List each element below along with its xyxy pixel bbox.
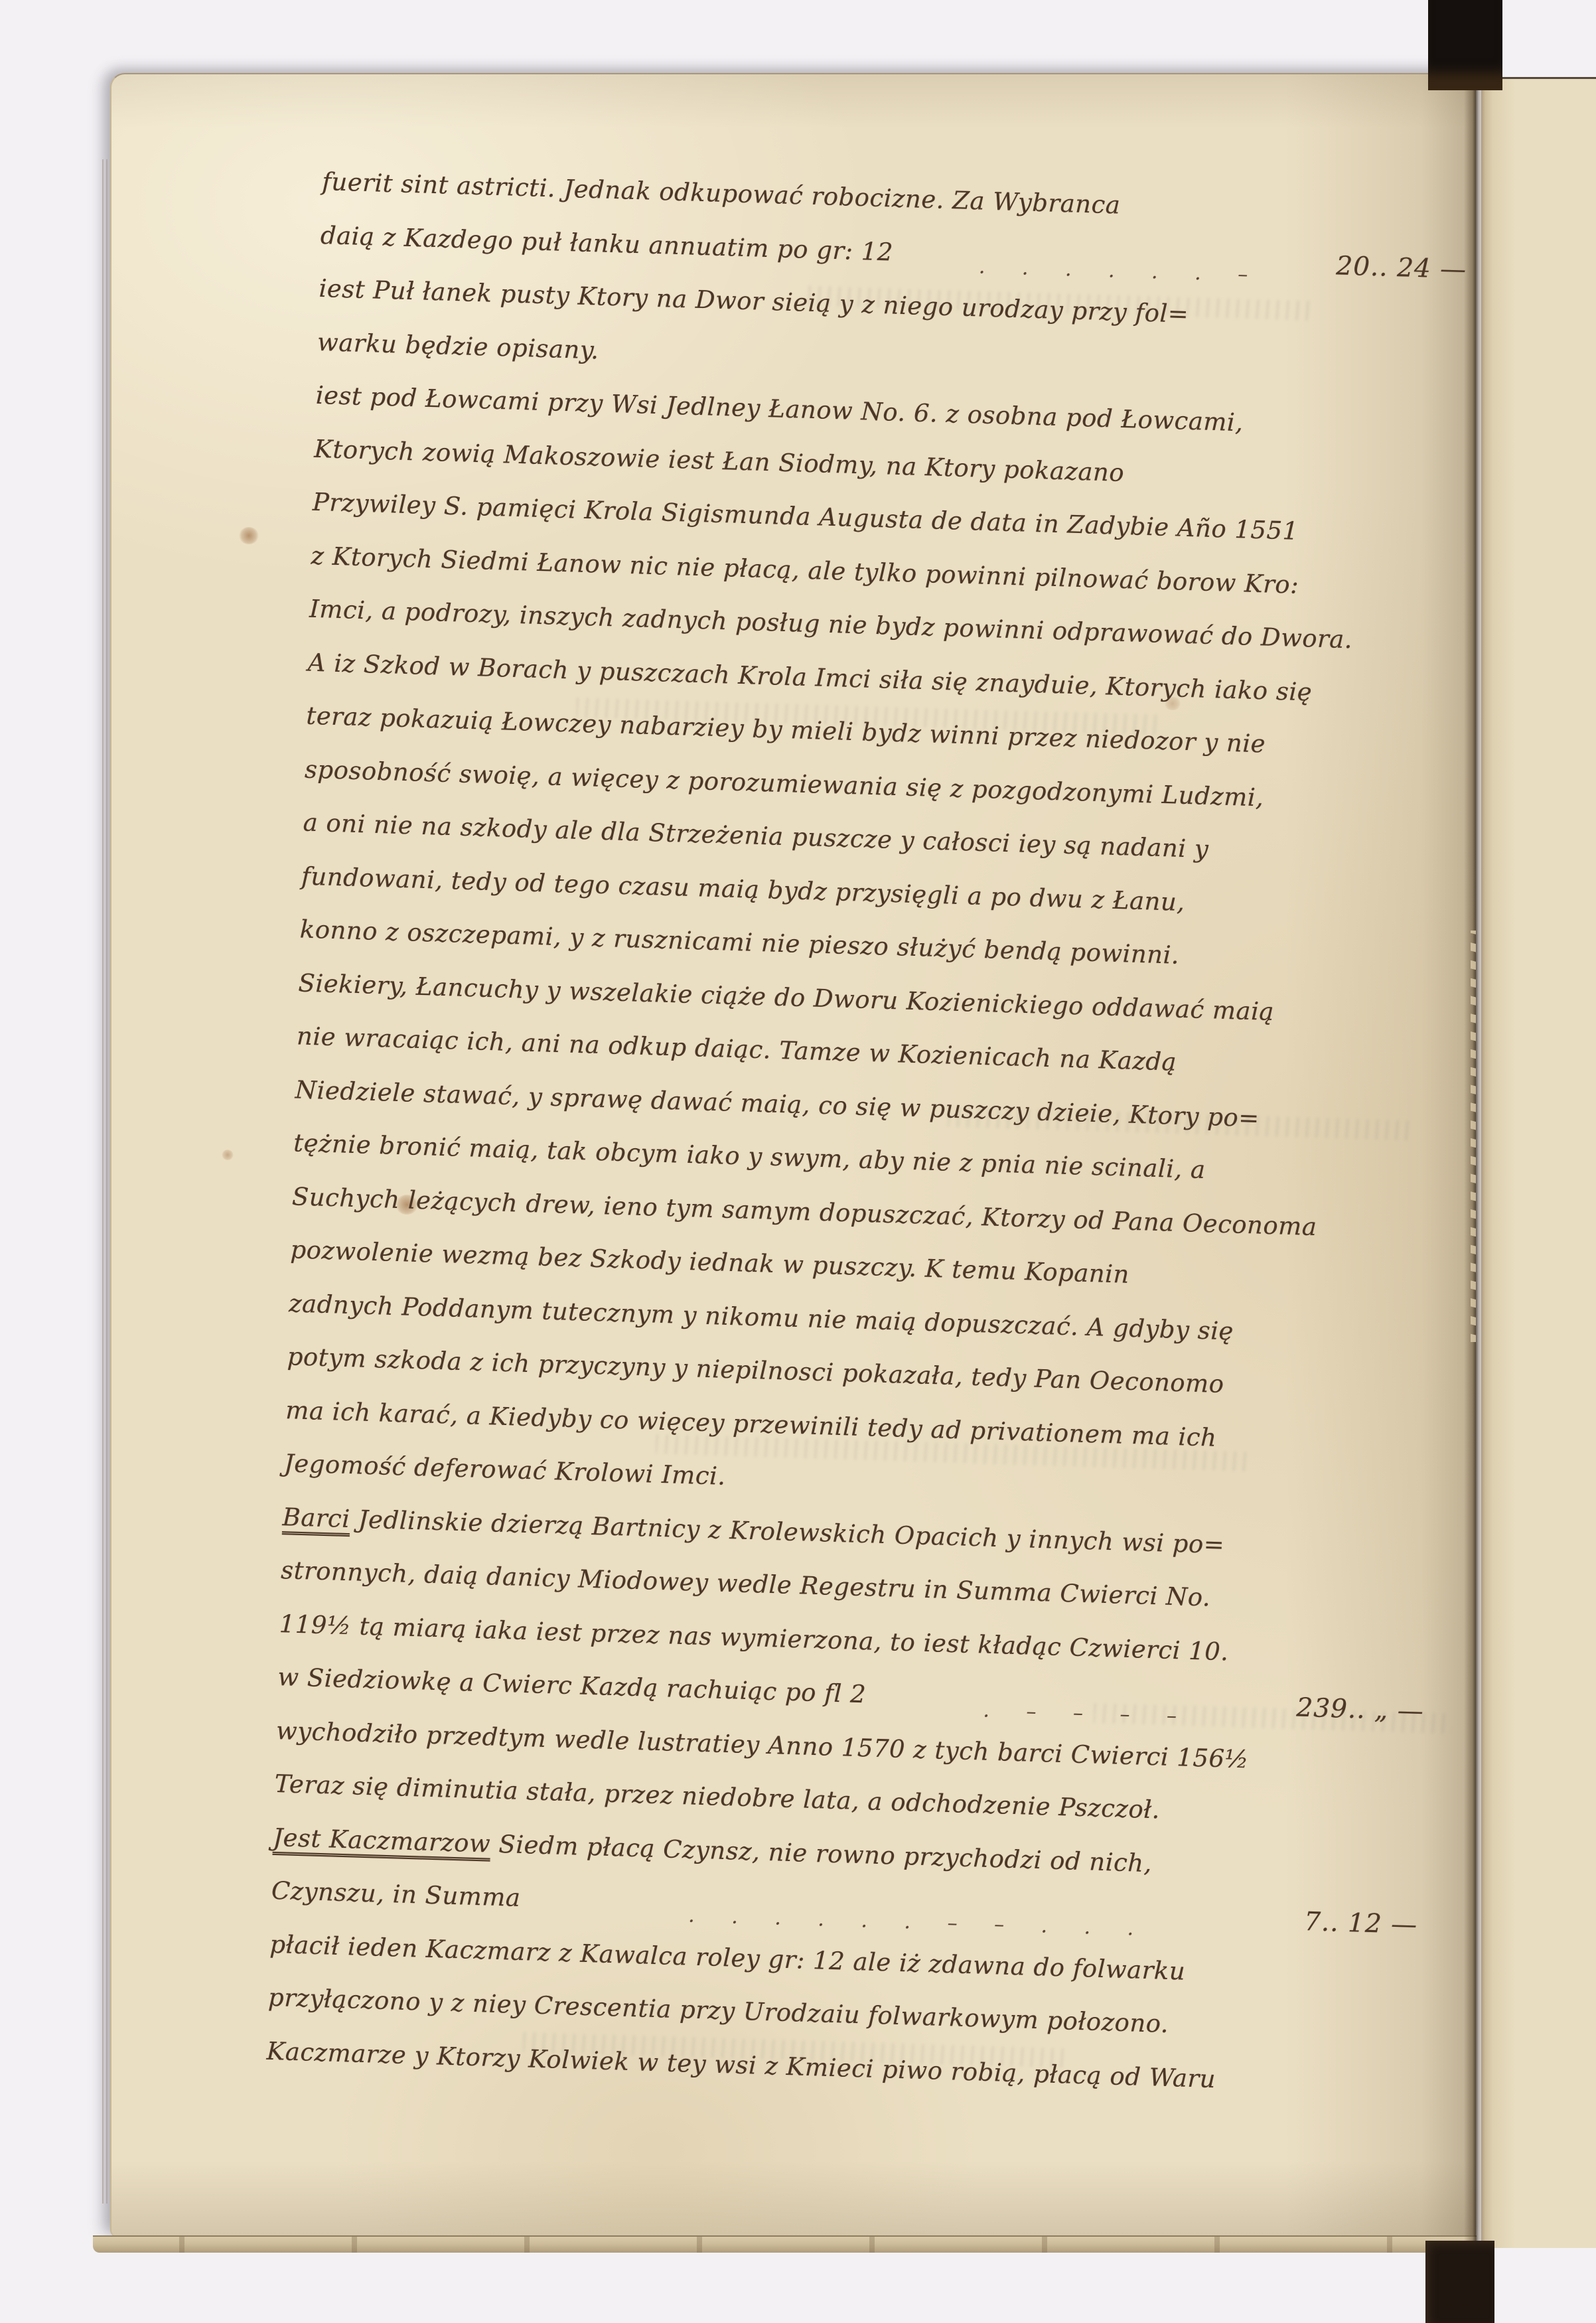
manuscript-text: fuerit sint astricti. Jednak odkupować r…	[265, 167, 1469, 2124]
leader-dots: . – – – –	[865, 1695, 1297, 1731]
binding-thread	[1471, 931, 1476, 1342]
book-cover-corner	[1425, 2241, 1494, 2323]
page-left-edges	[100, 159, 110, 2204]
foxing-spot	[239, 527, 259, 544]
leader-dots: . . . . . . –	[893, 253, 1337, 289]
section-heading: Jest Kaczmarzow	[273, 1823, 491, 1858]
binding-ribbon	[1428, 0, 1502, 90]
section-heading: Barci	[282, 1503, 350, 1533]
page-bottom-edges	[93, 2235, 1477, 2253]
facing-page-sliver	[1481, 77, 1596, 2248]
margin-amount: 7.. 12 —	[1304, 1907, 1418, 1940]
margin-amount: 20.. 24 —	[1336, 251, 1467, 285]
margin-amount: 239.. „ —	[1296, 1693, 1424, 1727]
binding-gutter	[1464, 74, 1485, 2242]
leader-dots: . . . . . . – – . . .	[520, 1899, 1304, 1945]
foxing-spot	[222, 1150, 234, 1160]
scanner-background: fuerit sint astricti. Jednak odkupować r…	[0, 0, 1596, 2323]
